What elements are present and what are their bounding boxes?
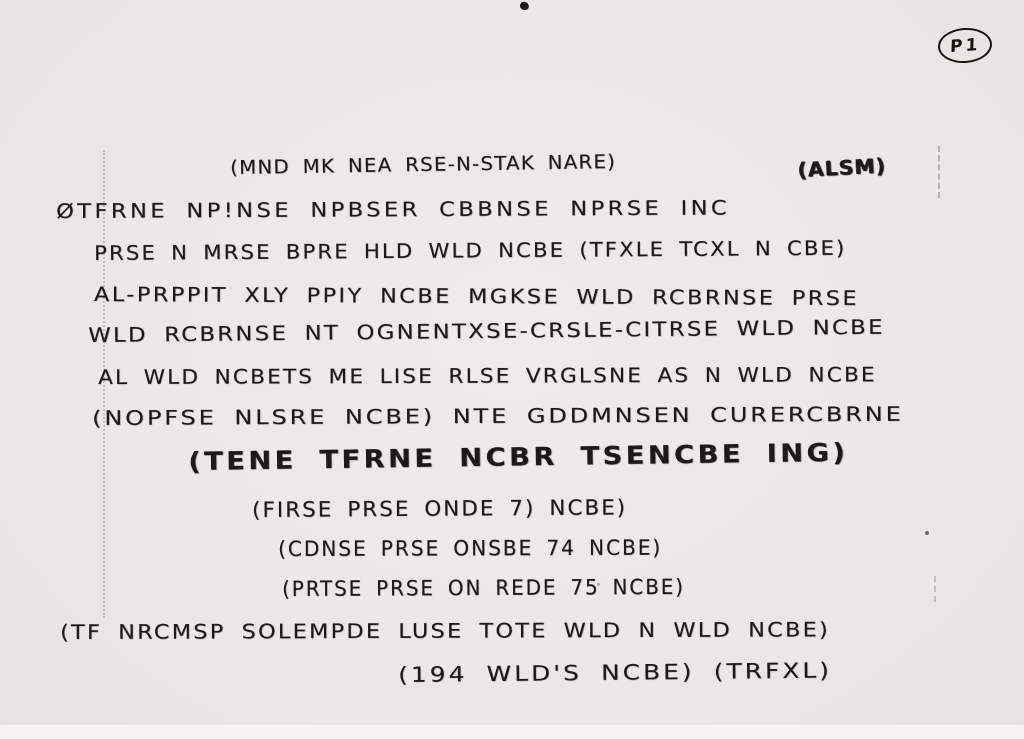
handwritten-line: (MND MK NEA RSE-N-STAK NARE) <box>230 151 616 179</box>
handwritten-line: (CDNSE PRSE ONSBE 74 NCBE) <box>278 536 662 561</box>
handwritten-line: (NOPFSE NLSRE NCBE) NTE GDDMNSEN CURERCB… <box>92 402 904 430</box>
handwritten-line: (PRTSE PRSE ON REDE 75 NCBE) <box>282 575 685 601</box>
handwritten-line: (TF NRCMSP SOLEMPDE LUSE TOTE WLD N WLD … <box>60 617 830 644</box>
handwritten-line: ØTFRNE NP!NSE NPBSER CBBNSE NPRSE INC <box>56 195 730 223</box>
handwritten-line: WLD RCBRNSE NT OGNENTXSE-CRSLE-CITRSE WL… <box>88 315 885 347</box>
handwritten-line: (194 WLD'S NCBE) (TRFXL) <box>398 658 832 687</box>
page-number: P1 <box>950 34 981 56</box>
handwritten-line: AL WLD NCBETS ME LISE RLSE VRGLSNE AS N … <box>98 362 877 389</box>
ink-speck <box>519 0 531 11</box>
right-edge-dashes-bottom <box>934 576 936 602</box>
stray-ink-dot <box>925 531 929 535</box>
handwritten-line: (TENE TFRNE NCBR TSENCBE ING) <box>188 438 848 476</box>
scanned-page: P1 (MND MK NEA RSE-N-STAK NARE) (ALSM) Ø… <box>0 0 1024 739</box>
page-number-badge: P1 <box>937 26 993 65</box>
handwritten-line: (ALSM) <box>797 153 887 182</box>
right-edge-dashes-top <box>938 146 940 198</box>
handwritten-line: AL-PRPPIT XLY PPIY NCBE MGKSE WLD RCBRNS… <box>94 282 859 310</box>
handwritten-line: (FIRSE PRSE ONDE 7) NCBE) <box>252 495 627 522</box>
handwritten-line: PRSE N MRSE BPRE HLD WLD NCBE (TFXLE TCX… <box>94 236 846 265</box>
